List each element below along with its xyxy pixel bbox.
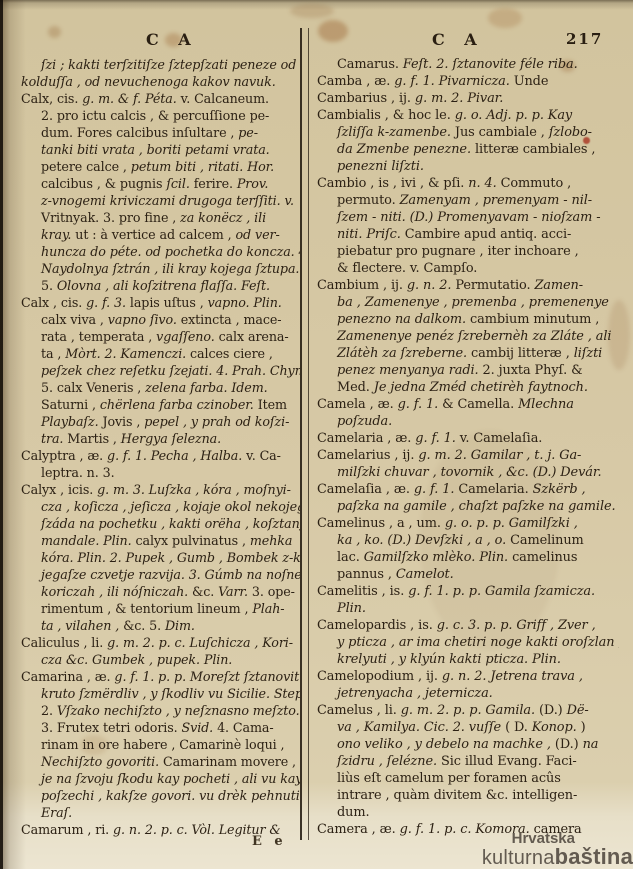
roman-text: Cambarius , ij.	[317, 91, 415, 106]
italic-text: vapno ſivo.	[108, 312, 181, 327]
scanned-page: C A C A 217 ſzi ; kakti terſzitiſze ſzte…	[0, 0, 633, 869]
italic-text: peſzek chez reſetku ſzejati. 4. Prah. Ch…	[41, 363, 300, 378]
roman-text: cambium minutum ,	[470, 312, 599, 327]
roman-text: Permutatio.	[455, 278, 534, 293]
italic-text: Zamen-	[534, 278, 583, 293]
roman-text: calx arena-	[219, 329, 289, 344]
roman-text: Camelitis , is.	[317, 584, 408, 599]
italic-text: Zamenenye penéz ſzrebernèh za Zláte , al…	[337, 329, 611, 344]
roman-text: Camelarius , ij.	[317, 448, 418, 463]
roman-text: rata , temperata ,	[41, 329, 156, 344]
italic-text: ſzliſſa k-zamenbe.	[337, 125, 455, 140]
italic-text: Eraſ.	[41, 805, 72, 820]
running-title-left: C A	[146, 30, 198, 49]
italic-text: pepel , y prah od koſzi-	[144, 414, 289, 429]
text-line: rimentum , & tentorium lineum , Plah-	[21, 600, 300, 617]
text-line: Camelopodium , ij. g. n. 2. Jetrena trav…	[317, 668, 619, 685]
text-line: intrare , quàm divitem &c. intelligen-	[317, 787, 619, 804]
roman-text: Camera , æ.	[317, 822, 400, 837]
italic-text: g. f. 1.	[398, 397, 442, 412]
italic-text: tanki biti vrata , boriti petami vrata.	[41, 142, 270, 157]
text-line: Camelaſia , æ. g. f. 1. Camelaria. Szkër…	[317, 481, 619, 498]
column-divider-rule	[308, 28, 310, 840]
stain	[488, 8, 522, 28]
text-line: ſzem - niti. (D.) Promenyavam - nioſzam …	[317, 209, 619, 226]
italic-text: mandale. Plin.	[41, 533, 135, 548]
text-line: liùs eſt camelum per foramen acûs	[317, 770, 619, 787]
italic-text: g. f. 1.	[414, 482, 458, 497]
italic-text: da Zmenbe penezne.	[337, 142, 475, 157]
italic-text: kolduſſa , od nevuchenoga kakov navuk.	[21, 74, 276, 89]
italic-text: Nechiſzto govoriti.	[41, 754, 163, 769]
text-line: Cambialis , & hoc le. g. o. Adj. p. p. K…	[317, 107, 619, 124]
roman-text: (D.)	[539, 703, 567, 718]
text-line: va , Kamilya. Cic. 2. vuſſe ( D. Konop. …	[317, 719, 619, 736]
italic-text: od ver-	[236, 227, 280, 242]
text-line: ka , ko. (D.) Devſzki , a , o. Camelinum	[317, 532, 619, 549]
italic-text: poſzuda.	[337, 414, 392, 429]
italic-text: g. n. 2. Jetrena trava ,	[442, 669, 583, 684]
text-line: huncza do péte. od pochetka do koncza. 4…	[21, 243, 300, 260]
roman-text: 3. ope-	[252, 584, 295, 599]
text-line: Vritnyak. 3. pro fine , za konëcz , ili	[21, 209, 300, 226]
text-line: paſzka na gamile , chaſzt paſzke na gami…	[317, 498, 619, 515]
italic-text: penez menyanya radi.	[337, 363, 483, 378]
italic-text: ta , vilahen ,	[41, 618, 123, 633]
text-line: ſzi ; kakti terſzitiſze ſztepſzati penez…	[21, 56, 300, 73]
italic-text: g. m. & f. Péta.	[82, 91, 180, 106]
italic-text: tra.	[41, 431, 67, 446]
text-line: kolduſſa , od nevuchenoga kakov navuk.	[21, 73, 300, 90]
italic-text: ſcil.	[166, 176, 193, 191]
roman-text: cambij litteræ ,	[471, 346, 574, 361]
text-line: lac. Gamilſzko mlèko. Plin. camelinus	[317, 549, 619, 566]
text-line: Caliculus , li. g. m. 2. p. c. Luſchicza…	[21, 634, 300, 651]
italic-text: penezno na dalkom.	[337, 312, 470, 327]
stain	[290, 4, 334, 18]
roman-text: calyx pulvinatus ,	[135, 533, 249, 548]
page-number: 217	[566, 30, 603, 48]
text-line: Camelinus , a , um. g. o. p. p. Gamilſzk…	[317, 515, 619, 532]
roman-text: & Camella.	[442, 397, 518, 412]
text-line: 5. calx Veneris , zelena farba. Idem.	[21, 379, 300, 396]
text-line: Plin.	[317, 600, 619, 617]
roman-text: petere calce ,	[41, 159, 131, 174]
roman-text: Camarinam movere ,	[163, 754, 296, 769]
roman-text: 5.	[41, 278, 57, 293]
italic-text: liſzti	[574, 346, 603, 361]
italic-text: va , Kamilya. Cic. 2. vuſſe	[337, 720, 505, 735]
text-line: Cambarius , ij. g. m. 2. Pivar.	[317, 90, 619, 107]
text-line: jegaſze czvetje razvija. 3. Gúmb na noſn…	[21, 566, 300, 583]
stain	[48, 26, 61, 38]
italic-text: Hergya ſelezna.	[121, 431, 221, 446]
italic-text: ono veliko , y debelo na machke ,	[337, 737, 555, 752]
text-line: Camarina , æ. g. f. 1. p. p. Moreſzt ſzt…	[21, 668, 300, 685]
text-line: Nechiſzto govoriti. Camarinam movere ,	[21, 753, 300, 770]
italic-text: y pticza , ar ima chetiri noge kakti oro…	[337, 635, 619, 650]
roman-text: camelinus	[512, 550, 577, 565]
text-line: pannus , Camelot.	[317, 566, 619, 583]
italic-text: Dë-	[567, 703, 589, 718]
roman-text: &c. 5.	[123, 618, 165, 633]
text-line: y pticza , ar ima chetiri noge kakti oro…	[317, 634, 619, 651]
italic-text: cza &c. Gumbek , pupek. Plin.	[41, 652, 232, 667]
text-line: Camela , æ. g. f. 1. & Camella. Mlechna	[317, 396, 619, 413]
italic-text: paſzka na gamile , chaſzt paſzke na gami…	[337, 499, 616, 514]
text-line: cza , koſicza , jeſicza , kojaje okol ne…	[21, 498, 300, 515]
italic-text: penezni liſzti.	[337, 159, 424, 174]
text-line: penezni liſzti.	[317, 158, 619, 175]
roman-text: Commuto ,	[501, 176, 572, 191]
roman-text: Calyx , icis.	[21, 482, 97, 497]
text-line: tra. Martis , Hergya ſelezna.	[21, 430, 300, 447]
roman-text: (D.)	[555, 737, 583, 752]
roman-text: lapis uſtus ,	[130, 295, 208, 310]
roman-text: )	[577, 720, 586, 735]
roman-text: Camelopodium , ij.	[317, 669, 442, 684]
roman-text: rinam in ore habere , Camarinè loqui ,	[41, 737, 284, 752]
text-line: & flectere. v. Campſo.	[317, 260, 619, 277]
italic-text: ſzem - niti. (D.) Promenyavam - nioſzam …	[337, 210, 601, 225]
italic-text: ſzidru , ſelézne.	[337, 754, 441, 769]
watermark: Hrvatska kulturnabaština	[482, 831, 633, 868]
roman-text: Item	[258, 397, 287, 412]
italic-text: ka , ko. (D.) Devſzki , a , o.	[337, 533, 510, 548]
roman-text: calx viva ,	[41, 312, 108, 327]
text-line: Saturni , chërlena farba czinober. Item	[21, 396, 300, 413]
italic-text: g. f. 1. p. p. Moreſzt ſztanovit ,	[114, 669, 300, 684]
roman-text: Vritnyak. 3. pro fine ,	[41, 210, 180, 225]
text-line: leptra. n. 3.	[21, 464, 300, 481]
roman-text: Camelus , li.	[317, 703, 401, 718]
roman-text: Camelinum	[510, 533, 584, 548]
roman-text: Camarus.	[337, 57, 403, 72]
italic-text: mehka	[250, 533, 292, 548]
right-column: Camarus. Feſt. 2. ſztanovite féle riba.C…	[317, 56, 619, 838]
roman-text: Calyptra , æ.	[21, 448, 107, 463]
roman-text: Martis ,	[67, 431, 121, 446]
italic-text: vgaſſeno.	[156, 329, 218, 344]
text-line: calcibus , & pugnis ſcil. ferire. Prov.	[21, 175, 300, 192]
italic-text: Mòrt. 2. Kamenczi.	[65, 346, 190, 361]
italic-text: ſzáda na pochetku , kakti orëha , koſzta…	[41, 516, 300, 531]
roman-text: v. Camelaſia.	[460, 431, 543, 446]
roman-text: Jovis ,	[102, 414, 144, 429]
roman-text: Calx, cis.	[21, 91, 82, 106]
roman-text: Camarum , ri.	[21, 822, 113, 837]
italic-text: Naydolnya ſztrán , ili kray kojega ſztup…	[41, 261, 299, 276]
text-line: permuto. Zamenyam , premenyam - nil-	[317, 192, 619, 209]
text-line: 2. Vſzako nechiſzto , y neſznasno meſzto…	[21, 702, 300, 719]
italic-text: g. c. 3. p. p. Griff , Zver ,	[437, 618, 596, 633]
text-line: dum. Fores calcibus inſultare , pe-	[21, 124, 300, 141]
text-line: Camelaria , æ. g. f. 1. v. Camelaſia.	[317, 430, 619, 447]
italic-text: g. f. 1. Pivarnicza.	[394, 74, 514, 89]
roman-text: Camela , æ.	[317, 397, 398, 412]
text-line: Camelitis , is. g. f. 1. p. p. Gamila ſz…	[317, 583, 619, 600]
roman-text: Cambio , is , ivi , & pſi.	[317, 176, 468, 191]
roman-text: Sic illud Evang. Faci-	[441, 754, 577, 769]
text-line: calx viva , vapno ſivo. extincta , mace-	[21, 311, 300, 328]
italic-text: g. f. 1. p. p. Gamila ſzamicza.	[408, 584, 595, 599]
italic-text: Zlátèh za ſzreberne.	[337, 346, 471, 361]
italic-text: g. m. 3. Luſzka , kóra , moſnyi-	[97, 482, 291, 497]
roman-text: extincta , mace-	[181, 312, 282, 327]
italic-text: jetrenyacha , jeternicza.	[337, 686, 493, 701]
text-line: Zlátèh za ſzreberne. cambij litteræ , li…	[317, 345, 619, 362]
roman-text: Calx , cis.	[21, 295, 86, 310]
left-column: ſzi ; kakti terſzitiſze ſztepſzati penez…	[21, 56, 300, 838]
italic-text: g. o. Adj. p. p. Kay	[455, 108, 572, 123]
roman-text: Cambium , ij.	[317, 278, 407, 293]
italic-text: Mlechna	[518, 397, 574, 412]
roman-text: ( D.	[505, 720, 532, 735]
text-line: penezno na dalkom. cambium minutum ,	[317, 311, 619, 328]
text-line: niti. Priſc. Cambire apud antiq. acci-	[317, 226, 619, 243]
italic-text: ba , Zamenenye , premenba , premenenye	[337, 295, 609, 310]
italic-text: niti. Priſc.	[337, 227, 405, 242]
text-line: krelyuti , y klyún kakti pticza. Plin.	[317, 651, 619, 668]
italic-text: Plah-	[252, 601, 284, 616]
roman-text: 2. juxta Phyſ. &	[483, 363, 583, 378]
italic-text: jegaſze czvetje razvija. 3. Gúmb na noſn…	[41, 567, 300, 582]
italic-text: g. m. 2. p. c. Luſchicza , Kori-	[107, 635, 293, 650]
stain	[318, 20, 348, 42]
text-line: Camelarius , ij. g. m. 2. Gamilar , t. j…	[317, 447, 619, 464]
italic-text: vapno. Plin.	[208, 295, 282, 310]
text-line: je na ſzvoju ſkodu kay pocheti , ali vu …	[21, 770, 300, 787]
text-line: poſzuda.	[317, 413, 619, 430]
roman-text: Saturni ,	[41, 397, 100, 412]
text-line: mandale. Plin. calyx pulvinatus , mehka	[21, 532, 300, 549]
running-title-right: C A	[432, 30, 484, 49]
roman-text: intrare , quàm divitem &c. intelligen-	[337, 788, 577, 803]
text-line: Playbaſz. Jovis , pepel , y prah od koſz…	[21, 413, 300, 430]
signature-mark: E e	[252, 834, 287, 849]
italic-text: ſzlobo-	[549, 125, 592, 140]
roman-text: Camelaria , æ.	[317, 431, 415, 446]
italic-text: kray.	[41, 227, 75, 242]
italic-text: pe-	[238, 125, 258, 140]
italic-text: n. 4.	[468, 176, 500, 191]
text-line: Med. Je jedna Zméd chetirèh faytnoch.	[317, 379, 619, 396]
roman-text: Unde	[514, 74, 549, 89]
italic-text: je na ſzvoju ſkodu kay pocheti , ali vu …	[41, 771, 300, 786]
roman-text: 5. calx Veneris ,	[41, 380, 145, 395]
text-line: milſzki chuvar , tovornik , &c. (D.) Dev…	[317, 464, 619, 481]
italic-text: poſzechi , kakſze govori. vu drèk pehnut…	[41, 788, 300, 803]
text-line: Cambio , is , ivi , & pſi. n. 4. Commuto…	[317, 175, 619, 192]
text-line: da Zmenbe penezne. litteræ cambiales ,	[317, 141, 619, 158]
text-line: Cambium , ij. g. n. 2. Permutatio. Zamen…	[317, 277, 619, 294]
text-line: koriczah , ili nóſniczah. &c. Varr. 3. o…	[21, 583, 300, 600]
roman-text: v. Ca-	[246, 448, 281, 463]
text-line: piebatur pro pugnare , iter inchoare ,	[317, 243, 619, 260]
text-line: tanki biti vrata , boriti petami vrata.	[21, 141, 300, 158]
text-line: ta , Mòrt. 2. Kamenczi. calces ciere ,	[21, 345, 300, 362]
roman-text: Jus cambiale ,	[455, 125, 549, 140]
roman-text: dum.	[337, 805, 369, 820]
italic-text: g. n. 2.	[407, 278, 455, 293]
text-line: peſzek chez reſetku ſzejati. 4. Prah. Ch…	[21, 362, 300, 379]
roman-text: Cambialis , & hoc le.	[317, 108, 455, 123]
text-line: Camelopardis , is. g. c. 3. p. p. Griff …	[317, 617, 619, 634]
watermark-line2: kulturnabaština	[482, 846, 633, 868]
text-line: Calyptra , æ. g. f. 1. Pecha , Halba. v.…	[21, 447, 300, 464]
roman-text: ta ,	[41, 346, 65, 361]
roman-text: & flectere. v. Campſo.	[337, 261, 477, 276]
text-line: rinam in ore habere , Camarinè loqui ,	[21, 736, 300, 753]
italic-text: Plin.	[337, 601, 366, 616]
roman-text: Cambire apud antiq. acci-	[405, 227, 571, 242]
italic-text: g. m. 2. p. p. Gamila.	[401, 703, 539, 718]
roman-text: Camarina , æ.	[21, 669, 114, 684]
roman-text: ferire.	[194, 176, 237, 191]
italic-text: Prov.	[237, 176, 268, 191]
roman-text: 4. Cama-	[217, 720, 274, 735]
italic-text: za konëcz , ili	[180, 210, 266, 225]
italic-text: g. o. p. p. Gamilſzki ,	[445, 516, 578, 531]
text-line: Calx , cis. g. f. 3. lapis uſtus , vapno…	[21, 294, 300, 311]
italic-text: krelyuti , y klyún kakti pticza. Plin.	[337, 652, 561, 667]
text-line: 3. Frutex tetri odoris. Svid. 4. Cama-	[21, 719, 300, 736]
roman-text: permuto.	[337, 193, 400, 208]
roman-text: 2.	[41, 703, 57, 718]
italic-text: milſzki chuvar , tovornik , &c. (D.) Dev…	[337, 465, 601, 480]
italic-text: g. f. 3.	[86, 295, 130, 310]
roman-text: ut : à vertice ad calcem ,	[75, 227, 235, 242]
roman-text: piebatur pro pugnare , iter inchoare ,	[337, 244, 579, 259]
text-line: ta , vilahen , &c. 5. Dim.	[21, 617, 300, 634]
italic-text: Varr.	[218, 584, 252, 599]
text-line: Calyx , icis. g. m. 3. Luſzka , kóra , m…	[21, 481, 300, 498]
roman-text: dum. Fores calcibus inſultare ,	[41, 125, 238, 140]
italic-text: g. f. 1. Pecha , Halba.	[107, 448, 246, 463]
roman-text: 3. Frutex tetri odoris.	[41, 720, 182, 735]
text-line: ſzidru , ſelézne. Sic illud Evang. Faci-	[317, 753, 619, 770]
roman-text: 2. pro ictu calcis , & percuſſione pe-	[41, 108, 269, 123]
roman-text: Camba , æ.	[317, 74, 394, 89]
italic-text: na	[583, 737, 599, 752]
text-line: dum.	[317, 804, 619, 821]
italic-text: petum biti , ritati. Hor.	[131, 159, 274, 174]
text-line: Zamenenye penéz ſzrebernèh za Zláte , al…	[317, 328, 619, 345]
italic-text: Olovna , ali koſzitrena flaſſa. Feſt.	[57, 278, 270, 293]
italic-text: Playbaſz.	[41, 414, 102, 429]
italic-text: g. f. 1.	[415, 431, 459, 446]
italic-text: Dim.	[165, 618, 195, 633]
roman-text: &c.	[192, 584, 218, 599]
italic-text: Feſt. 2. ſztanovite féle riba.	[403, 57, 578, 72]
text-line: ono veliko , y debelo na machke , (D.) n…	[317, 736, 619, 753]
roman-text: Camelaria.	[458, 482, 532, 497]
roman-text: Med.	[337, 380, 374, 395]
italic-text: Zamenyam , premenyam - nil-	[400, 193, 592, 208]
roman-text: liùs eſt camelum per foramen acûs	[337, 771, 561, 786]
text-line: Eraſ.	[21, 804, 300, 821]
italic-text: zelena farba. Idem.	[145, 380, 267, 395]
watermark-regular: kulturna	[482, 847, 555, 869]
text-line: ſzliſſa k-zamenbe. Jus cambiale , ſzlobo…	[317, 124, 619, 141]
text-line: Camba , æ. g. f. 1. Pivarnicza. Unde	[317, 73, 619, 90]
text-line: kruto ſzmërdliv , y ſkodliv vu Sicilie. …	[21, 685, 300, 702]
roman-text: v. Calcaneum.	[181, 91, 269, 106]
text-line: Camelus , li. g. m. 2. p. p. Gamila. (D.…	[317, 702, 619, 719]
italic-text: Vſzako nechiſzto , y neſznasno meſzto.	[57, 703, 300, 718]
text-line: Calx, cis. g. m. & f. Péta. v. Calcaneum…	[21, 90, 300, 107]
italic-text: g. m. 2. Gamilar , t. j. Ga-	[418, 448, 581, 463]
roman-text: pannus ,	[337, 567, 396, 582]
text-line: ba , Zamenenye , premenba , premenenye	[317, 294, 619, 311]
roman-text: calcibus , & pugnis	[41, 176, 166, 191]
roman-text: calces ciere ,	[190, 346, 273, 361]
italic-text: chërlena farba czinober.	[100, 397, 258, 412]
text-line: z-vnogemi kriviczami drugoga terſſiti. v…	[21, 192, 300, 209]
roman-text: lac.	[337, 550, 364, 565]
italic-text: Gamilſzko mlèko. Plin.	[364, 550, 512, 565]
text-line: petere calce , petum biti , ritati. Hor.	[21, 158, 300, 175]
italic-text: Je jedna Zméd chetirèh faytnoch.	[374, 380, 588, 395]
italic-text: ſzi ; kakti terſzitiſze ſztepſzati penez…	[41, 57, 296, 72]
italic-text: Camelot.	[396, 567, 454, 582]
text-line: ſzáda na pochetku , kakti orëha , koſzta…	[21, 515, 300, 532]
italic-text: cza , koſicza , jeſicza , kojaje okol ne…	[41, 499, 300, 514]
italic-text: Szkërb ,	[533, 482, 586, 497]
roman-text: Camelaſia , æ.	[317, 482, 414, 497]
italic-text: z-vnogemi kriviczami drugoga terſſiti. v…	[41, 193, 294, 208]
roman-text: Camelopardis , is.	[317, 618, 437, 633]
text-line: rata , temperata , vgaſſeno. calx arena-	[21, 328, 300, 345]
watermark-bold: baština	[555, 844, 633, 869]
text-line: 5. Olovna , ali koſzitrena flaſſa. Feſt.	[21, 277, 300, 294]
italic-text: Svid.	[182, 720, 218, 735]
text-line: Naydolnya ſztrán , ili kray kojega ſztup…	[21, 260, 300, 277]
roman-text: rimentum , & tentorium lineum ,	[41, 601, 252, 616]
roman-text: leptra. n. 3.	[41, 465, 115, 480]
italic-text: g. m. 2. Pivar.	[415, 91, 503, 106]
roman-text: Caliculus , li.	[21, 635, 107, 650]
italic-text: kóra. Plin. 2. Pupek , Gumb , Bombek z-k…	[41, 550, 300, 565]
text-line: Camarus. Feſt. 2. ſztanovite féle riba.	[317, 56, 619, 73]
column-divider-rule	[300, 28, 302, 840]
text-line: cza &c. Gumbek , pupek. Plin.	[21, 651, 300, 668]
italic-text: huncza do péte. od pochetka do koncza. 4…	[41, 244, 300, 259]
italic-text: koriczah , ili nóſniczah.	[41, 584, 192, 599]
text-line: poſzechi , kakſze govori. vu drèk pehnut…	[21, 787, 300, 804]
roman-text: litteræ cambiales ,	[475, 142, 595, 157]
italic-text: kruto ſzmërdliv , y ſkodliv vu Sicilie. …	[41, 686, 300, 701]
text-line: 2. pro ictu calcis , & percuſſione pe-	[21, 107, 300, 124]
text-line: penez menyanya radi. 2. juxta Phyſ. &	[317, 362, 619, 379]
roman-text: Camelinus , a , um.	[317, 516, 445, 531]
text-line: kray. ut : à vertice ad calcem , od ver-	[21, 226, 300, 243]
text-line: kóra. Plin. 2. Pupek , Gumb , Bombek z-k…	[21, 549, 300, 566]
text-line: jetrenyacha , jeternicza.	[317, 685, 619, 702]
italic-text: Konop.	[532, 720, 577, 735]
